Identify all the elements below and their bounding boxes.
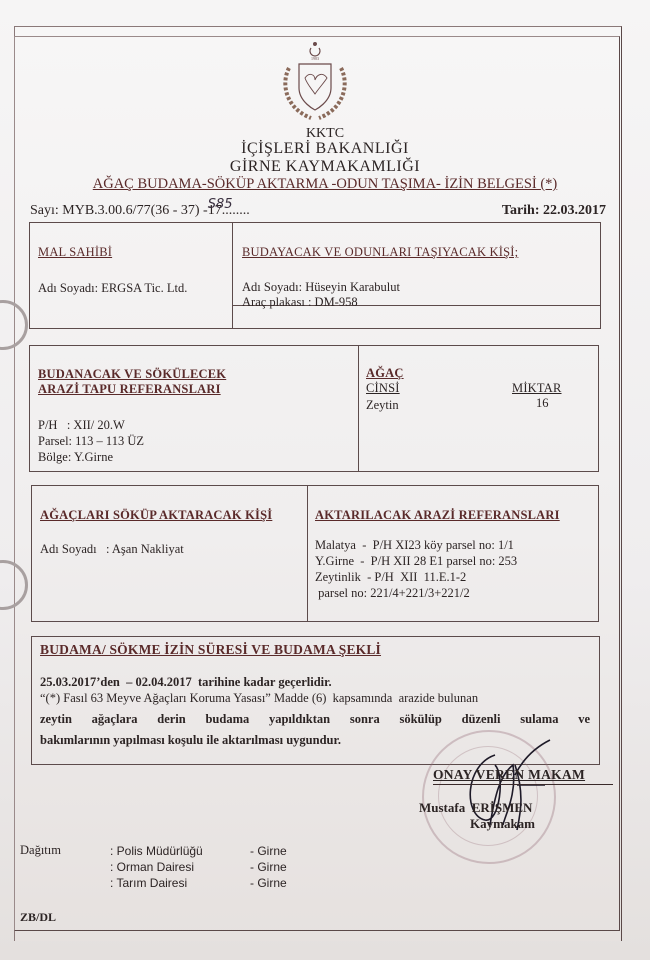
land-region: Bölge: Y.Girne [38,450,113,465]
tree-type-label: CİNSİ [366,381,400,396]
distribution-item: : Tarım Dairesi- Girne [110,875,287,891]
tree-quantity: 16 [536,396,549,411]
approver-role: Kaymakam [470,816,535,832]
target-reference: parsel no: 221/4+221/3+221/2 [315,586,470,601]
target-reference: Zeytinlik - P/H XII 11.E.1-2 [315,570,466,585]
transfer-divider [307,485,308,621]
mover-heading: AĞAÇLARI SÖKÜP AKTARACAK KİŞİ [40,508,272,523]
distribution-item: : Orman Dairesi- Girne [110,859,287,875]
approval-rule [433,784,613,785]
target-reference: Malatya - P/H XI23 köy parsel no: 1/1 [315,538,514,553]
office-name: GİRNE KAYMAKAMLIĞI [0,158,650,176]
permit-text-line1: “(*) Fasıl 63 Meyve Ağaçları Koruma Yasa… [40,691,590,706]
land-tree-divider [358,345,359,471]
permit-text-line3: bakımlarının yapılması koşulu ile aktarı… [40,733,341,748]
permit-text-line2: zeytin ağaçlara derin budama yapıldıktan… [40,712,590,727]
distribution-label: Dağıtım [20,843,61,858]
tree-type: Zeytin [366,398,399,413]
land-heading-line1: BUDANACAK VE SÖKÜLECEK [38,367,226,382]
reference-number: Sayı: MYB.3.00.6/77(36 - 37) -17........… [30,203,275,219]
distribution-list: : Polis Müdürlüğü- Girne : Orman Dairesi… [110,843,287,891]
carrier-plate: Araç plakası : DM-958 [242,295,358,310]
target-heading: AKTARILACAK ARAZİ REFERANSLARI [315,508,560,523]
land-heading-line2: ARAZİ TAPU REFERANSLARI [38,382,221,397]
distribution-item: : Polis Müdürlüğü- Girne [110,843,287,859]
target-reference: Y.Girne - P/H XII 28 E1 parsel no: 253 [315,554,517,569]
land-ph: P/H : XII/ 20.W [38,418,125,433]
permit-heading: BUDAMA/ SÖKME İZİN SÜRESİ VE BUDAMA ŞEKL… [40,642,381,658]
approver-name: Mustafa ERİŞMEN [419,800,532,816]
document-title: AĞAÇ BUDAMA-SÖKÜP AKTARMA -ODUN TAŞIMA- … [0,176,650,193]
owner-heading: MAL SAHİBİ [38,245,112,260]
owner-carrier-box [29,222,601,329]
land-tree-box [29,345,599,472]
carrier-name: Adı Soyadı: Hüseyin Karabulut [242,280,400,295]
kktc-coat-of-arms-icon: 1983 [275,38,355,124]
ministry-name: İÇİŞLERİ BAKANLIĞI [0,140,650,158]
handwritten-number: S85 [208,197,233,212]
carrier-heading: BUDAYACAK VE ODUNLARI TAŞIYACAK KİŞİ; [242,245,518,260]
svg-text:1983: 1983 [311,56,319,61]
tree-quantity-label: MİKTAR [512,381,562,396]
owner-name: Adı Soyadı: ERGSA Tic. Ltd. [38,281,187,296]
document-date: Tarih: 22.03.2017 [502,203,606,219]
owner-carrier-divider [232,222,233,328]
land-parsel: Parsel: 113 – 113 ÜZ [38,434,144,449]
tree-heading: AĞAÇ [366,366,404,381]
reference-number-label: Sayı: MYB.3.00.6/77(36 - 37) -17 [30,203,222,218]
footer-initials: ZB/DL [20,910,56,925]
permit-validity: 25.03.2017’den – 02.04.2017 tarihine kad… [40,675,332,690]
approval-heading: ONAY VEREN MAKAM [433,767,585,783]
mover-name: Adı Soyadı : Aşan Nakliyat [40,542,184,557]
